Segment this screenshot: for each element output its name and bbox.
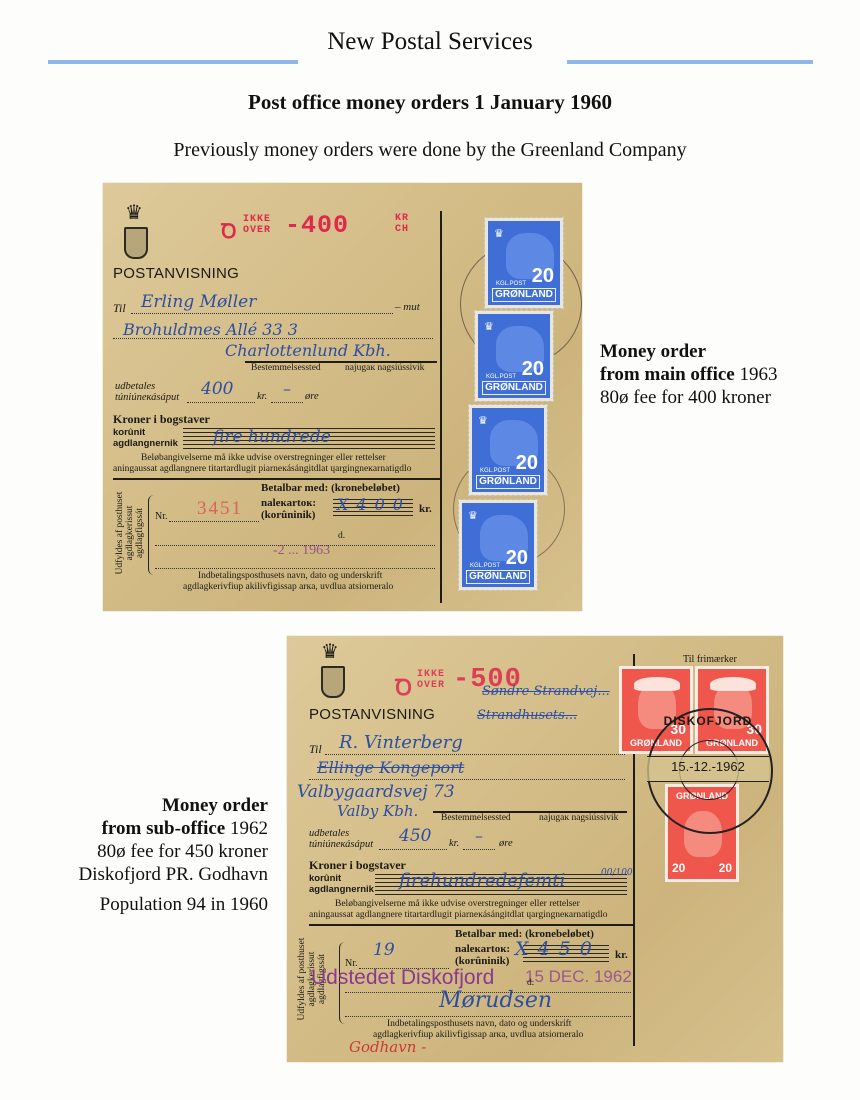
meter-amount: -400 — [285, 211, 349, 240]
udbetales-label: udbetales túniúneĸásáput — [309, 828, 373, 850]
korunit-label: korûnit agdlangnernik — [309, 873, 374, 895]
payable-digit: 0 — [580, 938, 601, 960]
udbetales-text: udbetales — [309, 828, 373, 839]
form-divider — [440, 211, 442, 603]
caption-origin: from main office — [600, 364, 735, 385]
til-label: Til — [309, 742, 322, 757]
ore-line — [463, 849, 495, 850]
caption-origin: from sub-office — [102, 818, 226, 839]
stamp-value: 20 — [672, 861, 685, 875]
postmark-date: 15.-12.-1962 — [647, 759, 769, 774]
amount-words: firehundredefemti — [399, 870, 565, 891]
amount-words: fire hundrede — [213, 427, 331, 447]
caption-main-office: Money order from main office 1963 80ø fe… — [600, 340, 777, 409]
payable-digit: 4 — [538, 938, 559, 960]
til-label: Til — [113, 301, 126, 316]
nalekartok-label: naleĸartoĸ: (korûninik) — [455, 943, 510, 967]
betalbar-label: Betalbar med: (kronebeløbet) — [261, 482, 400, 494]
payable-digits: X450 — [515, 938, 601, 960]
crown-icon: ♛ — [478, 414, 488, 427]
crown-icon: ♛ — [321, 642, 339, 662]
caption-fee: 80ø fee for 400 kroner — [600, 386, 777, 409]
issued-stamp: Udstedet Diskofjord — [311, 966, 494, 990]
sidebar-line: Udfyldes af posthuset — [297, 934, 307, 1024]
kroner-letters-label: Kroner i bogstaver — [309, 858, 406, 873]
posthorn-icon: Ꝺ — [395, 672, 413, 702]
caption-location: Diskofjord PR. Godhavn — [40, 863, 268, 886]
stamp-value: 20 — [522, 358, 544, 381]
stamp-country: GRØNLAND — [476, 475, 540, 489]
sidebar-line: agdlagfigssát — [135, 488, 145, 578]
d-label: d. — [338, 531, 345, 541]
payable-digits: X400 — [337, 495, 411, 514]
warning-gl: aningaussat agdlangnere titartardlugit p… — [113, 464, 411, 474]
kroner-letters-label: Kroner i bogstaver — [113, 412, 210, 427]
meter-label: IKKE OVER — [417, 669, 445, 691]
nr-label: Nr. — [155, 511, 168, 522]
meter-unit-kr: KR — [395, 213, 409, 224]
posthorn-icon: Ꝺ — [221, 217, 238, 245]
signature: Mørudsen — [439, 988, 552, 1013]
ore-label: øre — [305, 391, 319, 402]
d-label: d. — [527, 978, 534, 988]
crown-icon: ♛ — [494, 227, 504, 240]
stamp-issuer: KGL.POST — [496, 281, 526, 287]
meter-ikke: IKKE — [417, 669, 445, 680]
korunit-text: korûnit — [113, 427, 178, 438]
kr-label: kr. — [449, 838, 459, 849]
nalekartok-text: naleĸartoĸ: — [261, 497, 316, 509]
stamp-issuer: KGL.POST — [486, 374, 516, 380]
stamp-value: 20 — [532, 265, 554, 288]
warning-da: Beløbangivelserne må ikke udvise overstr… — [335, 899, 580, 909]
section-divider — [309, 924, 633, 926]
payable-digit: 0 — [393, 495, 411, 514]
korunit-label: korûnit agdlangnernik — [113, 427, 178, 449]
issued-date-stamp: 15 DEC. 1962 — [525, 967, 632, 987]
crown-icon: ♛ — [484, 320, 494, 333]
mut-label: – mut — [395, 301, 420, 313]
caption-title: Money order — [600, 341, 706, 362]
stamp: ♛ KGL.POST 20 GRØNLAND — [469, 405, 547, 495]
destination-label-gl: najugaĸ nagsiússivik — [539, 813, 618, 823]
nr-line — [169, 521, 259, 522]
stamp: ♛ KGL.POST 20 GRØNLAND — [475, 311, 553, 401]
postmark-town: DISKOFJORD — [647, 714, 769, 728]
meter-over: OVER — [243, 225, 271, 236]
recipient-name: R. Vinterberg — [339, 732, 463, 753]
intro-text: Previously money orders were done by the… — [0, 139, 860, 162]
nr-value: 19 — [373, 940, 395, 960]
caption-year: 1962 — [230, 818, 268, 839]
footer-da: Indbetalingsposthusets navn, dato og und… — [387, 1019, 571, 1029]
ore-line — [271, 402, 303, 403]
amount-words-suffix: 00/100 — [601, 868, 633, 878]
recipient-city: Valby Kbh. — [337, 802, 418, 820]
stamp-issuer: KGL.POST — [470, 563, 500, 569]
agdlangnernik-text: agdlangnernik — [113, 438, 178, 449]
sidebar-bracket — [148, 495, 155, 575]
meter-over: OVER — [417, 680, 445, 691]
ore-label: øre — [499, 838, 513, 849]
ore-value: – — [283, 379, 291, 398]
til-frimaerker-label: Til frimærker — [683, 654, 737, 665]
caption-sub-office: Money order from sub-office 1962 80ø fee… — [40, 794, 268, 916]
warning-gl: aningaussat agdlangnere titartardlugit p… — [309, 910, 607, 920]
caption-title: Money order — [162, 795, 268, 816]
signature-line — [345, 1016, 631, 1017]
payable-kr-label: kr. — [419, 503, 432, 515]
struck-text: Strandhusets... — [477, 708, 577, 723]
amount-line — [379, 849, 447, 850]
sidebar-line: Udfyldes af posthuset — [115, 488, 125, 578]
payable-digit: 4 — [356, 495, 374, 514]
payable-kr-label: kr. — [615, 949, 628, 961]
stamp-country: GRØNLAND — [466, 570, 530, 584]
section-heading: Post office money orders 1 January 1960 — [0, 90, 860, 115]
street-struck: Ellinge Kongeport — [317, 758, 464, 777]
ore-value: – — [475, 826, 483, 845]
footer-da: Indbetalingsposthusets navn, dato og und… — [198, 571, 382, 581]
stamp-value: 20 — [516, 452, 538, 475]
recipient-street: Valbygaardsvej 73 — [297, 782, 455, 802]
payable-digit: X — [337, 495, 356, 514]
caption-year: 1963 — [739, 364, 777, 385]
meter-label: IKKE OVER — [243, 214, 271, 236]
address-line-1 — [309, 779, 625, 780]
stamp-value: 20 — [719, 861, 732, 875]
nr-value-stamp: 3451 — [197, 498, 243, 520]
recipient-name: Erling Møller — [141, 292, 256, 312]
meter-unit-ch: CH — [395, 224, 409, 235]
meter-unit: KR CH — [395, 213, 409, 235]
signature-line — [155, 568, 435, 569]
payable-digit: X — [515, 938, 538, 960]
crown-icon: ♛ — [125, 203, 143, 223]
stamp-issuer: KGL.POST — [480, 468, 510, 474]
caption-population: Population 94 in 1960 — [40, 893, 268, 916]
title-rule-left — [48, 60, 298, 64]
udbetales-label: udbetales túniúneĸásáput — [115, 381, 179, 403]
korunimik-text: (korûninik) — [261, 509, 316, 521]
warning-da: Beløbangivelserne må ikke udvise overstr… — [141, 453, 386, 463]
coat-of-arms-icon — [321, 666, 345, 698]
destination-label: Bestemmelsessted — [441, 813, 511, 823]
til-line — [325, 754, 625, 755]
title-rule-right — [567, 60, 813, 64]
money-order-card-sub-office: ♛ Ꝺ IKKE OVER -500 Til frimærker Søndre … — [287, 636, 783, 1062]
coat-of-arms-icon — [124, 227, 148, 259]
til-line — [131, 313, 393, 314]
stamp-value: 20 — [506, 547, 528, 570]
street-struck-text: Ellinge Kongeport — [317, 758, 464, 777]
money-order-card-main-office: ♛ Ꝺ IKKE OVER -400 KR CH POSTANVISNING T… — [103, 183, 582, 611]
amount-line — [187, 402, 255, 403]
korunit-text: korûnit — [309, 873, 374, 884]
amount-figures: 450 — [399, 826, 431, 846]
kr-label: kr. — [257, 391, 267, 402]
agdlangnernik-text: agdlangnernik — [309, 884, 374, 895]
nalekartok-text: naleĸartoĸ: — [455, 943, 510, 955]
amount-figures: 400 — [201, 379, 233, 399]
date-stamp: -2 ... 1963 — [273, 543, 330, 559]
nalekartok-label: naleĸartoĸ: (korûninik) — [261, 497, 316, 521]
recipient-city: Charlottenlund Kbh. — [225, 341, 391, 360]
recipient-street: Brohuldmes Allé 33 3 — [123, 320, 298, 339]
caption-fee: 80ø fee for 450 kroner — [40, 840, 268, 863]
crown-icon: ♛ — [468, 509, 478, 522]
form-heading: POSTANVISNING — [113, 265, 239, 282]
meter-ikke: IKKE — [243, 214, 271, 225]
destination-label: Bestemmelsessted — [251, 363, 321, 373]
stamp: ♛ KGL.POST 20 GRØNLAND — [459, 500, 537, 590]
red-note: Godhavn - — [349, 1038, 426, 1056]
page-title: New Postal Services — [0, 28, 860, 56]
form-heading: POSTANVISNING — [309, 706, 435, 723]
sidebar-line: agdlagkerissut — [125, 488, 135, 578]
section-divider — [113, 478, 440, 480]
stamp-country: GRØNLAND — [492, 288, 556, 302]
stamp-country: GRØNLAND — [482, 381, 546, 395]
tuniunek-text: túniúneĸásáput — [309, 839, 373, 850]
tuniunek-text: túniúneĸásáput — [115, 392, 179, 403]
stamp: ♛ KGL.POST 20 GRØNLAND — [485, 218, 563, 308]
payable-digit: 0 — [375, 495, 393, 514]
payable-digit: 5 — [559, 938, 580, 960]
sidebar-vertical-label: Udfyldes af posthuset agdlagkerissut agd… — [115, 488, 145, 578]
footer-gl: agdlagkerivfiup akilivfigissap arĸa, uvd… — [183, 582, 393, 592]
struck-text: Søndre Strandvej... — [482, 684, 610, 699]
udbetales-text: udbetales — [115, 381, 179, 392]
destination-label-gl: najugaĸ nagsiússivik — [345, 363, 424, 373]
